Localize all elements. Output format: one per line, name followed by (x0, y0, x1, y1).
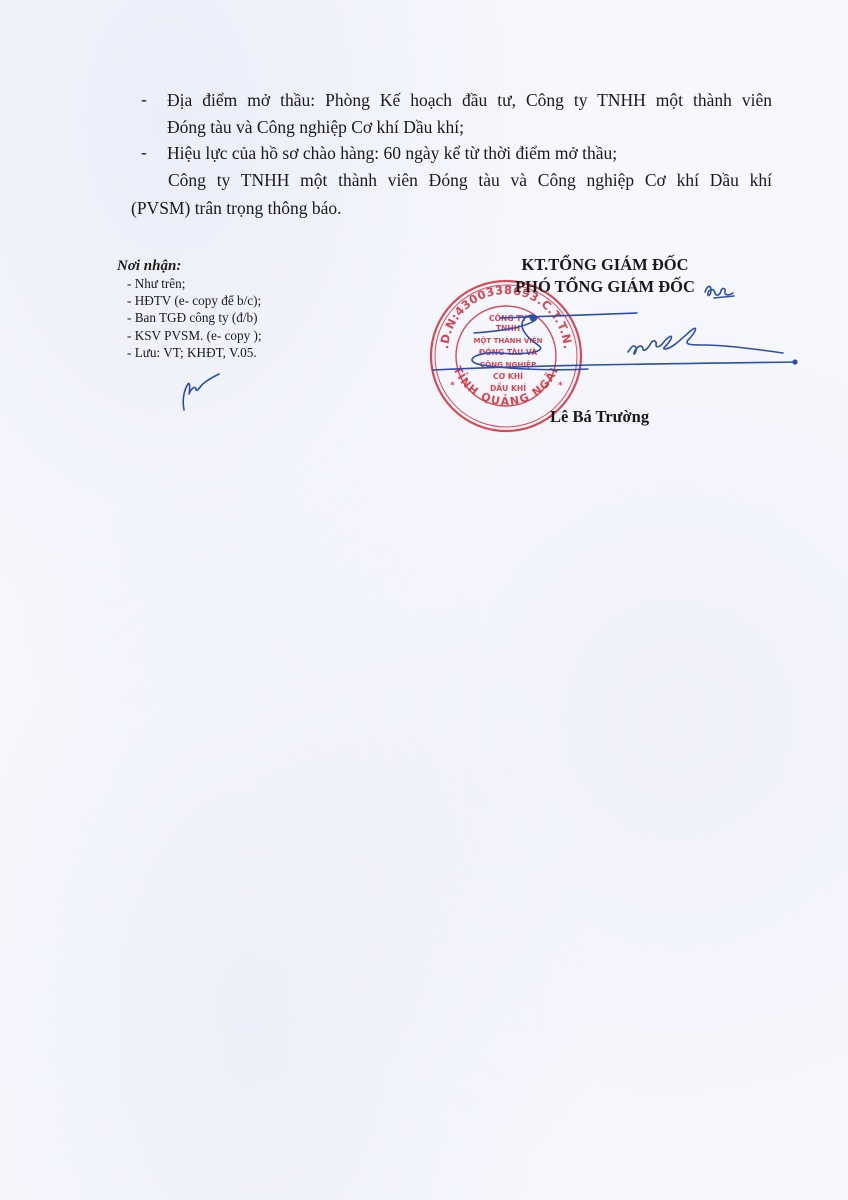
signature-title-primary: KT.TỔNG GIÁM ĐỐC (470, 254, 740, 276)
signature-title-secondary: PHÓ TỔNG GIÁM ĐỐC (470, 276, 740, 298)
stamp-inner-line: TNHH (496, 324, 520, 333)
closing-paragraph-line-2: (PVSM) trân trọng thông báo. (131, 196, 341, 220)
signer-name: Lê Bá Trường (550, 407, 649, 427)
bullet-2-line-1: Hiệu lực của hồ sơ chào hàng: 60 ngày kể… (167, 141, 617, 165)
stamp-inner-line: ĐÓNG TÀU VÀ (479, 348, 537, 357)
recipient-item: - Lưu: VT; KHĐT, V.05. (127, 344, 262, 361)
recipients-list: - Như trên; - HĐTV (e- copy để b/c); - B… (117, 275, 262, 361)
svg-text:*: * (450, 381, 455, 391)
recipients-title: Nơi nhận: (117, 257, 262, 275)
stamp-inner-line: CÔNG NGHIỆP (480, 360, 537, 369)
recipients-block: Nơi nhận: - Như trên; - HĐTV (e- copy để… (117, 257, 262, 361)
bullet-dash: - (141, 142, 147, 163)
recipient-item: - HĐTV (e- copy để b/c); (127, 292, 262, 309)
stamp-inner-line: CÔNG TY (489, 314, 527, 323)
stamp-inner-line: MỘT THÀNH VIÊN (474, 336, 543, 345)
document-page: - Địa điểm mở thầu: Phòng Kế hoạch đầu t… (0, 0, 848, 1200)
closing-paragraph-line-1: Công ty TNHH một thành viên Đóng tàu và … (168, 168, 772, 192)
recipient-item: - Như trên; (127, 275, 262, 292)
bullet-1-line-1: Địa điểm mở thầu: Phòng Kế hoạch đầu tư,… (167, 88, 772, 112)
bullet-1-line-2: Đóng tàu và Công nghiệp Cơ khí Dầu khí; (167, 115, 464, 139)
stamp-inner-line: CƠ KHÍ (493, 372, 523, 381)
stamp-inner-line: DẦU KHÍ (490, 383, 526, 393)
svg-text:*: * (558, 381, 563, 391)
bullet-dash: - (141, 89, 147, 110)
recipient-item: - Ban TGĐ công ty (đ/b) (127, 309, 262, 326)
signature-block: KT.TỔNG GIÁM ĐỐC PHÓ TỔNG GIÁM ĐỐC (470, 254, 740, 298)
recipient-item: - KSV PVSM. (e- copy ); (127, 327, 262, 344)
